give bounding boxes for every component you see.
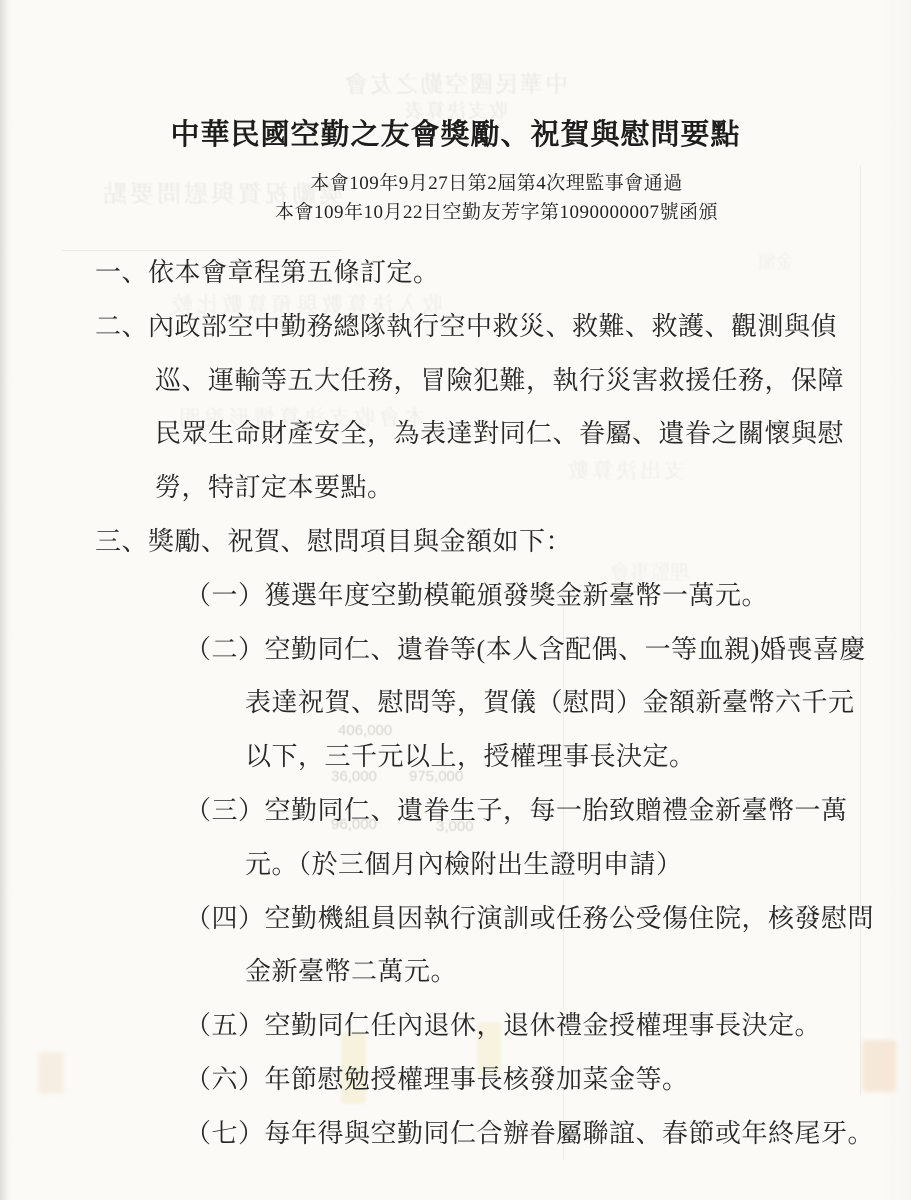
approval-line: 本會109年10月22日空勤友芳字第1090000007號函頒 [82, 198, 911, 227]
approval-line: 本會109年9月27日第2屆第4次理監事會通過 [82, 169, 911, 198]
body-line: 表達祝賀、慰問等，賀儀（慰問）金額新臺幣六千元 [0, 676, 911, 730]
body-line: （六）年節慰勉授權理事長核發加菜金等。 [0, 1053, 911, 1107]
body-line: 巡、運輸等五大任務，冒險犯難，執行災害救援任務，保障 [0, 354, 911, 408]
body-line: 二、內政部空中勤務總隊執行空中救災、救難、救護、觀測與偵 [0, 300, 911, 354]
body-line: （一）獲選年度空勤模範頒發獎金新臺幣一萬元。 [0, 569, 911, 623]
document-body: 一、依本會章程第五條訂定。 二、內政部空中勤務總隊執行空中救災、救難、救護、觀測… [0, 246, 911, 1161]
body-line: （五）空勤同仁任內退休，退休禮金授權理事長決定。 [0, 999, 911, 1053]
document-title: 中華民國空勤之友會獎勵、祝賀與慰問要點 [0, 114, 911, 156]
body-line: （四）空勤機組員因執行演訓或任務公受傷住院，核發慰問 [0, 892, 911, 946]
body-line: （二）空勤同仁、遺眷等(本人含配偶、一等血親)婚喪喜慶 [0, 623, 911, 677]
body-line: 一、依本會章程第五條訂定。 [0, 246, 911, 300]
body-line: 元。（於三個月內檢附出生證明申請） [0, 838, 911, 892]
body-line: （七）每年得與空勤同仁合辦眷屬聯誼、春節或年終尾牙。 [0, 1107, 911, 1161]
body-line: 金新臺幣二萬元。 [0, 945, 911, 999]
body-line: （三）空勤同仁、遺眷生子，每一胎致贈禮金新臺幣一萬 [0, 784, 911, 838]
body-line: 三、獎勵、祝賀、慰問項目與金額如下： [0, 515, 911, 569]
body-line: 民眾生命財產安全，為表達對同仁、眷屬、遺眷之關懷與慰 [0, 407, 911, 461]
bleedthrough-text: 中華民國空勤之友會 [0, 66, 911, 99]
body-line: 勞，特訂定本要點。 [0, 461, 911, 515]
body-line: 以下，三千元以上，授權理事長決定。 [0, 730, 911, 784]
approval-block: 本會109年9月27日第2屆第4次理監事會通過 本會109年10月22日空勤友芳… [82, 169, 911, 227]
scanned-document-page: 中華民國空勤之友會 收支決算表 獎勵祝賀與慰問要點 收入決算數與預算數比較 本會… [0, 0, 911, 1200]
